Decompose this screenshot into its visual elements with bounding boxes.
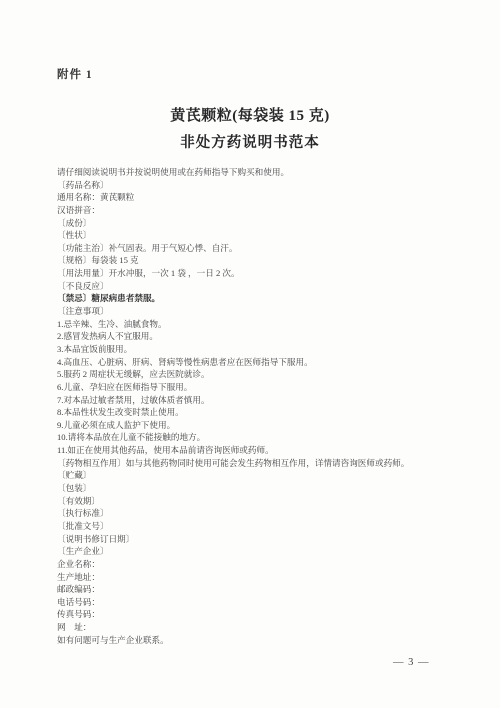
body-line: 企业名称： — [57, 558, 467, 571]
body-line: 网 址： — [57, 621, 467, 634]
body-line: 8.本品性状发生改变时禁止使用。 — [57, 406, 467, 419]
body-line: 3.本品宜饭前服用。 — [57, 343, 467, 356]
body-line: 〔批准文号〕 — [57, 520, 467, 533]
body-line: 6.儿童、孕妇应在医师指导下服用。 — [57, 381, 467, 394]
body-line: 〔贮藏〕 — [57, 469, 467, 482]
body-line: 〔功能主治〕补气固表。用于气短心悸、自汗。 — [57, 242, 467, 255]
body-line: 5.服药 2 周症状无缓解，应去医院就诊。 — [57, 368, 467, 381]
body-line: 〔生产企业〕 — [57, 545, 467, 558]
body-line: 〔包装〕 — [57, 482, 467, 495]
body-line: 电话号码： — [57, 596, 467, 609]
body-line: 〔注意事项〕 — [57, 305, 467, 318]
body-line: 〔成份〕 — [57, 217, 467, 230]
body-line: 邮政编码： — [57, 583, 467, 596]
body-line: 〔规格〕每袋装 15 克 — [57, 254, 467, 267]
body-line: 11.如正在使用其他药品，使用本品前请咨询医师或药师。 — [57, 444, 467, 457]
document-page: 附件 1 黄芪颗粒(每袋装 15 克) 非处方药说明书范本 请仔细阅读说明书并按… — [0, 0, 500, 708]
body-line: 7.对本品过敏者禁用，过敏体质者慎用。 — [57, 394, 467, 407]
body-line: 〔用法用量〕开水冲服，一次 1 袋 ，一日 2 次。 — [57, 267, 467, 280]
body-line: 〔有效期〕 — [57, 495, 467, 508]
body-line: 传真号码： — [57, 608, 467, 621]
body-line: 请仔细阅读说明书并按说明使用或在药师指导下购买和使用。 — [57, 166, 467, 179]
attachment-label: 附件 1 — [57, 66, 93, 82]
body-line: 〔性状〕 — [57, 229, 467, 242]
body-line: 1.忌辛辣、生冷、油腻食物。 — [57, 318, 467, 331]
body-line: 2.感冒发热病人不宜服用。 — [57, 330, 467, 343]
body-line: 〔禁忌〕糖尿病患者禁服。 — [57, 292, 467, 305]
body-line: 汉语拼音： — [57, 204, 467, 217]
body-line: 如有问题可与生产企业联系。 — [57, 634, 467, 647]
document-body: 请仔细阅读说明书并按说明使用或在药师指导下购买和使用。〔药品名称〕通用名称：黄芪… — [57, 166, 467, 646]
body-line: 9.儿童必须在成人监护下使用。 — [57, 419, 467, 432]
document-title: 黄芪颗粒(每袋装 15 克) — [0, 104, 500, 125]
body-line: 〔药物相互作用〕如与其他药物同时使用可能会发生药物相互作用，详情请咨询医师或药师… — [57, 457, 467, 470]
body-line: 〔药品名称〕 — [57, 179, 467, 192]
body-line: 通用名称：黄芪颗粒 — [57, 191, 467, 204]
body-line: 〔执行标准〕 — [57, 507, 467, 520]
body-line: 10.请将本品放在儿童不能接触的地方。 — [57, 431, 467, 444]
page-number: — 3 — — [393, 657, 430, 668]
body-line: 生产地址： — [57, 571, 467, 584]
body-line: 4.高血压、心脏病、肝病、肾病等慢性病患者应在医师指导下服用。 — [57, 356, 467, 369]
body-line: 〔说明书修订日期〕 — [57, 533, 467, 546]
body-line: 〔不良反应〕 — [57, 280, 467, 293]
document-subtitle: 非处方药说明书范本 — [0, 131, 500, 152]
